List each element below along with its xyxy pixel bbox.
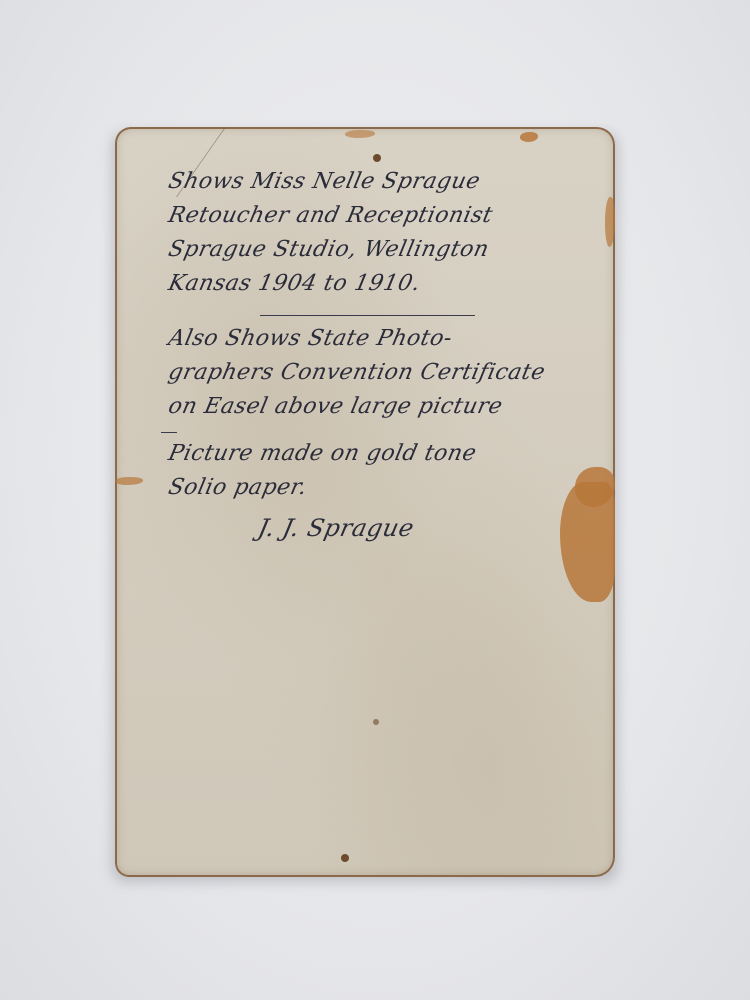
edge-stain: [115, 477, 143, 485]
cabinet-card-back: Shows Miss Nelle Sprague Retoucher and R…: [115, 127, 615, 877]
handwritten-inscription: Shows Miss Nelle Sprague Retoucher and R…: [165, 165, 605, 545]
divider-rule: [260, 301, 475, 316]
foxing-spot: [341, 854, 349, 862]
signature: J. J. Sprague: [255, 511, 612, 545]
inscription-line: Shows Miss Nelle Sprague: [165, 165, 612, 199]
foxing-spot: [373, 154, 381, 162]
inscription-line: Sprague Studio, Wellington: [165, 233, 612, 267]
foxing-spot: [373, 719, 379, 725]
dash-mark: [161, 432, 177, 433]
inscription-line: Solio paper.: [165, 471, 612, 505]
inscription-line: graphers Convention Certificate: [165, 356, 612, 390]
inscription-line: Also Shows State Photo-: [165, 322, 612, 356]
edge-stain: [345, 130, 375, 138]
edge-stain: [520, 132, 538, 142]
inscription-line: Picture made on gold tone: [165, 437, 612, 471]
inscription-line: Kansas 1904 to 1910.: [165, 267, 612, 301]
inscription-line: Retoucher and Receptionist: [165, 199, 612, 233]
inscription-line: on Easel above large picture: [165, 390, 612, 424]
